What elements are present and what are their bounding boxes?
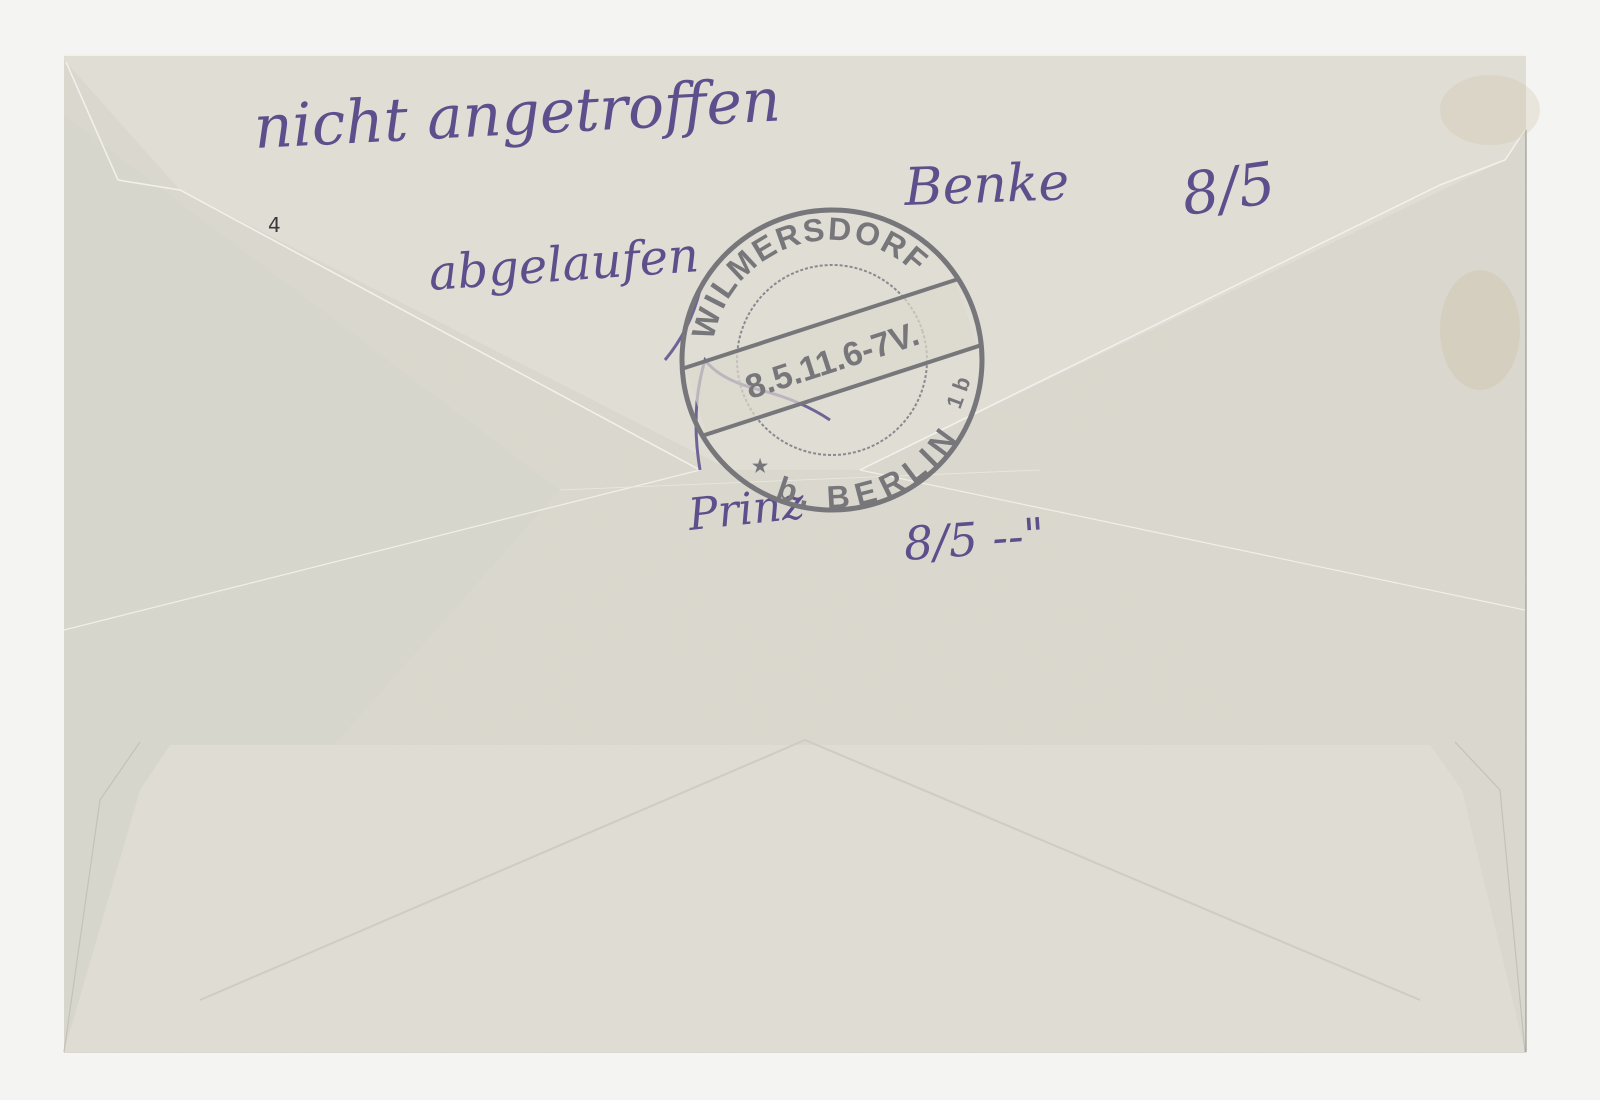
envelope: [64, 55, 1540, 1053]
pencil-number: 4: [268, 213, 281, 237]
envelope-scene: 4 nicht angetroffen Benke abgelaufen 8/5…: [0, 0, 1600, 1100]
stain: [1440, 75, 1540, 145]
handwriting-fraction-bottom: 8/5 --": [902, 507, 1046, 571]
bottom-flap: [64, 745, 1525, 1052]
stain: [1440, 270, 1520, 390]
handwriting-line2: Benke: [902, 152, 1070, 218]
postmark-star: ★: [752, 456, 769, 476]
handwriting-fraction-top: 8/5: [1177, 149, 1279, 229]
